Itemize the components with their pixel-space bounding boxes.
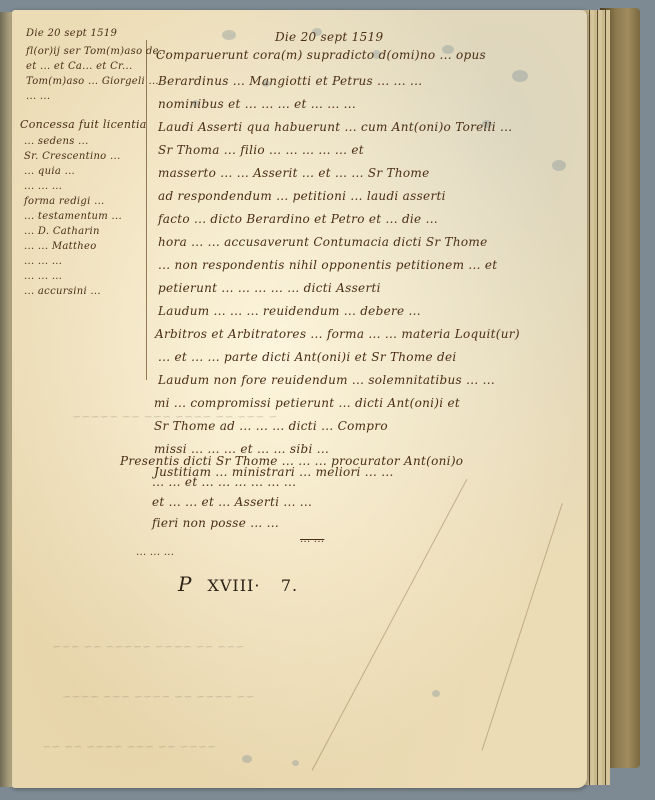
margin-note-line: ... accursini ... [24,284,101,299]
text-line: Sr Thome ad ... ... ... dicti ... Compro [154,419,388,433]
text-line: masserto ... ... Asserit ... et ... ... … [158,166,429,180]
text-line: fieri non posse ... ... [152,516,279,530]
margin-ruling-line [146,40,147,380]
folio-suffix: 7. [281,576,298,595]
folio-mark: PXVIII· 7. [178,572,298,596]
bleed-through-text: ~~~ ~~ ~~~~ ~~~~~ ~~ ~~~ [52,640,245,653]
paper-crease [482,503,563,751]
mildew-spot [222,30,236,40]
mildew-spot [512,70,528,82]
text-line: Laudum non fore reuidendum ... solemnita… [158,373,495,387]
margin-note-line: Die 20 sept 1519 [26,26,117,41]
mildew-spot [242,755,252,763]
margin-note-line: forma redigi ... [24,194,105,209]
margin-note-line: ... ... [26,89,50,104]
margin-note-line: ... quia ... [24,164,75,179]
margin-note-line: Concessa fuit licentia [20,117,147,132]
text-line: petierunt ... ... ... ... ... dicti Asse… [158,281,381,295]
text-line: nominibus et ... ... ... et ... ... ... [158,97,356,111]
margin-note-line: et ... et Ca... et Cr... [26,59,132,74]
text-line: et ... ... et ... Asserti ... ... [152,495,312,509]
text-line: hora ... ... accusaverunt Contumacia dic… [158,235,488,249]
margin-note-line: ... sedens ... [24,134,89,149]
folio-numeral: XVIII· [207,576,260,595]
margin-note-line: fl(or)ij ser Tom(m)aso de... [26,44,169,59]
bleed-through-text: ~~~~ ~~ ~~~ ~~~~ ~~ ~~ [42,740,216,753]
text-line: ad respondendum ... petitioni ... laudi … [158,189,446,203]
folio-letter: P [178,572,191,596]
date-heading: Die 20 sept 1519 [275,30,383,44]
mildew-spot [552,160,566,171]
text-line: Berardinus ... Mangiotti et Petrus ... .… [158,74,422,88]
margin-note-line: ... ... ... [24,179,62,194]
struck-text: ... ... [300,534,324,545]
text-line: facto ... dicto Berardino et Petro et ..… [158,212,438,226]
margin-note-line: ... ... Mattheo [24,239,97,254]
text-line: Laudum ... ... ... reuidendum ... debere… [158,304,421,318]
mildew-spot [292,760,299,766]
text-line: mi ... compromissi petierunt ... dicti A… [154,396,460,410]
text-line: ... ... et ... ... ... ... ... ... [152,475,296,489]
margin-note-line: ... ... ... [24,269,62,284]
text-line: ... et ... ... parte dicti Ant(oni)i et … [158,350,457,364]
text-line: Comparuerunt cora(m) supradicto d(omi)no… [156,48,486,62]
margin-note-line: Tom(m)aso ... Giorgeli ... [26,74,159,89]
text-line: Sr Thoma ... filio ... ... ... ... ... e… [158,143,364,157]
text-line: ... non respondentis nihil opponentis pe… [158,258,497,272]
margin-note-line: ... D. Catharin [24,224,100,239]
bleed-through-text: ~~ ~~~~ ~~ ~~~~ ~~~ ~~~~ [62,690,255,703]
mildew-spot [432,690,440,697]
margin-note-line: Sr. Crescentino ... [24,149,120,164]
margin-note-line: ... ... ... [24,254,62,269]
text-line: Laudi Asserti qua habuerunt ... cum Ant(… [158,120,512,134]
paper-crease [312,479,468,771]
signature-line: ... ... ... [136,547,174,558]
text-line: Presentis dicti Sr Thome ... ... ... pro… [120,454,463,468]
text-line: Arbitros et Arbitratores ... forma ... .… [155,327,520,341]
margin-note-line: ... testamentum ... [24,209,122,224]
